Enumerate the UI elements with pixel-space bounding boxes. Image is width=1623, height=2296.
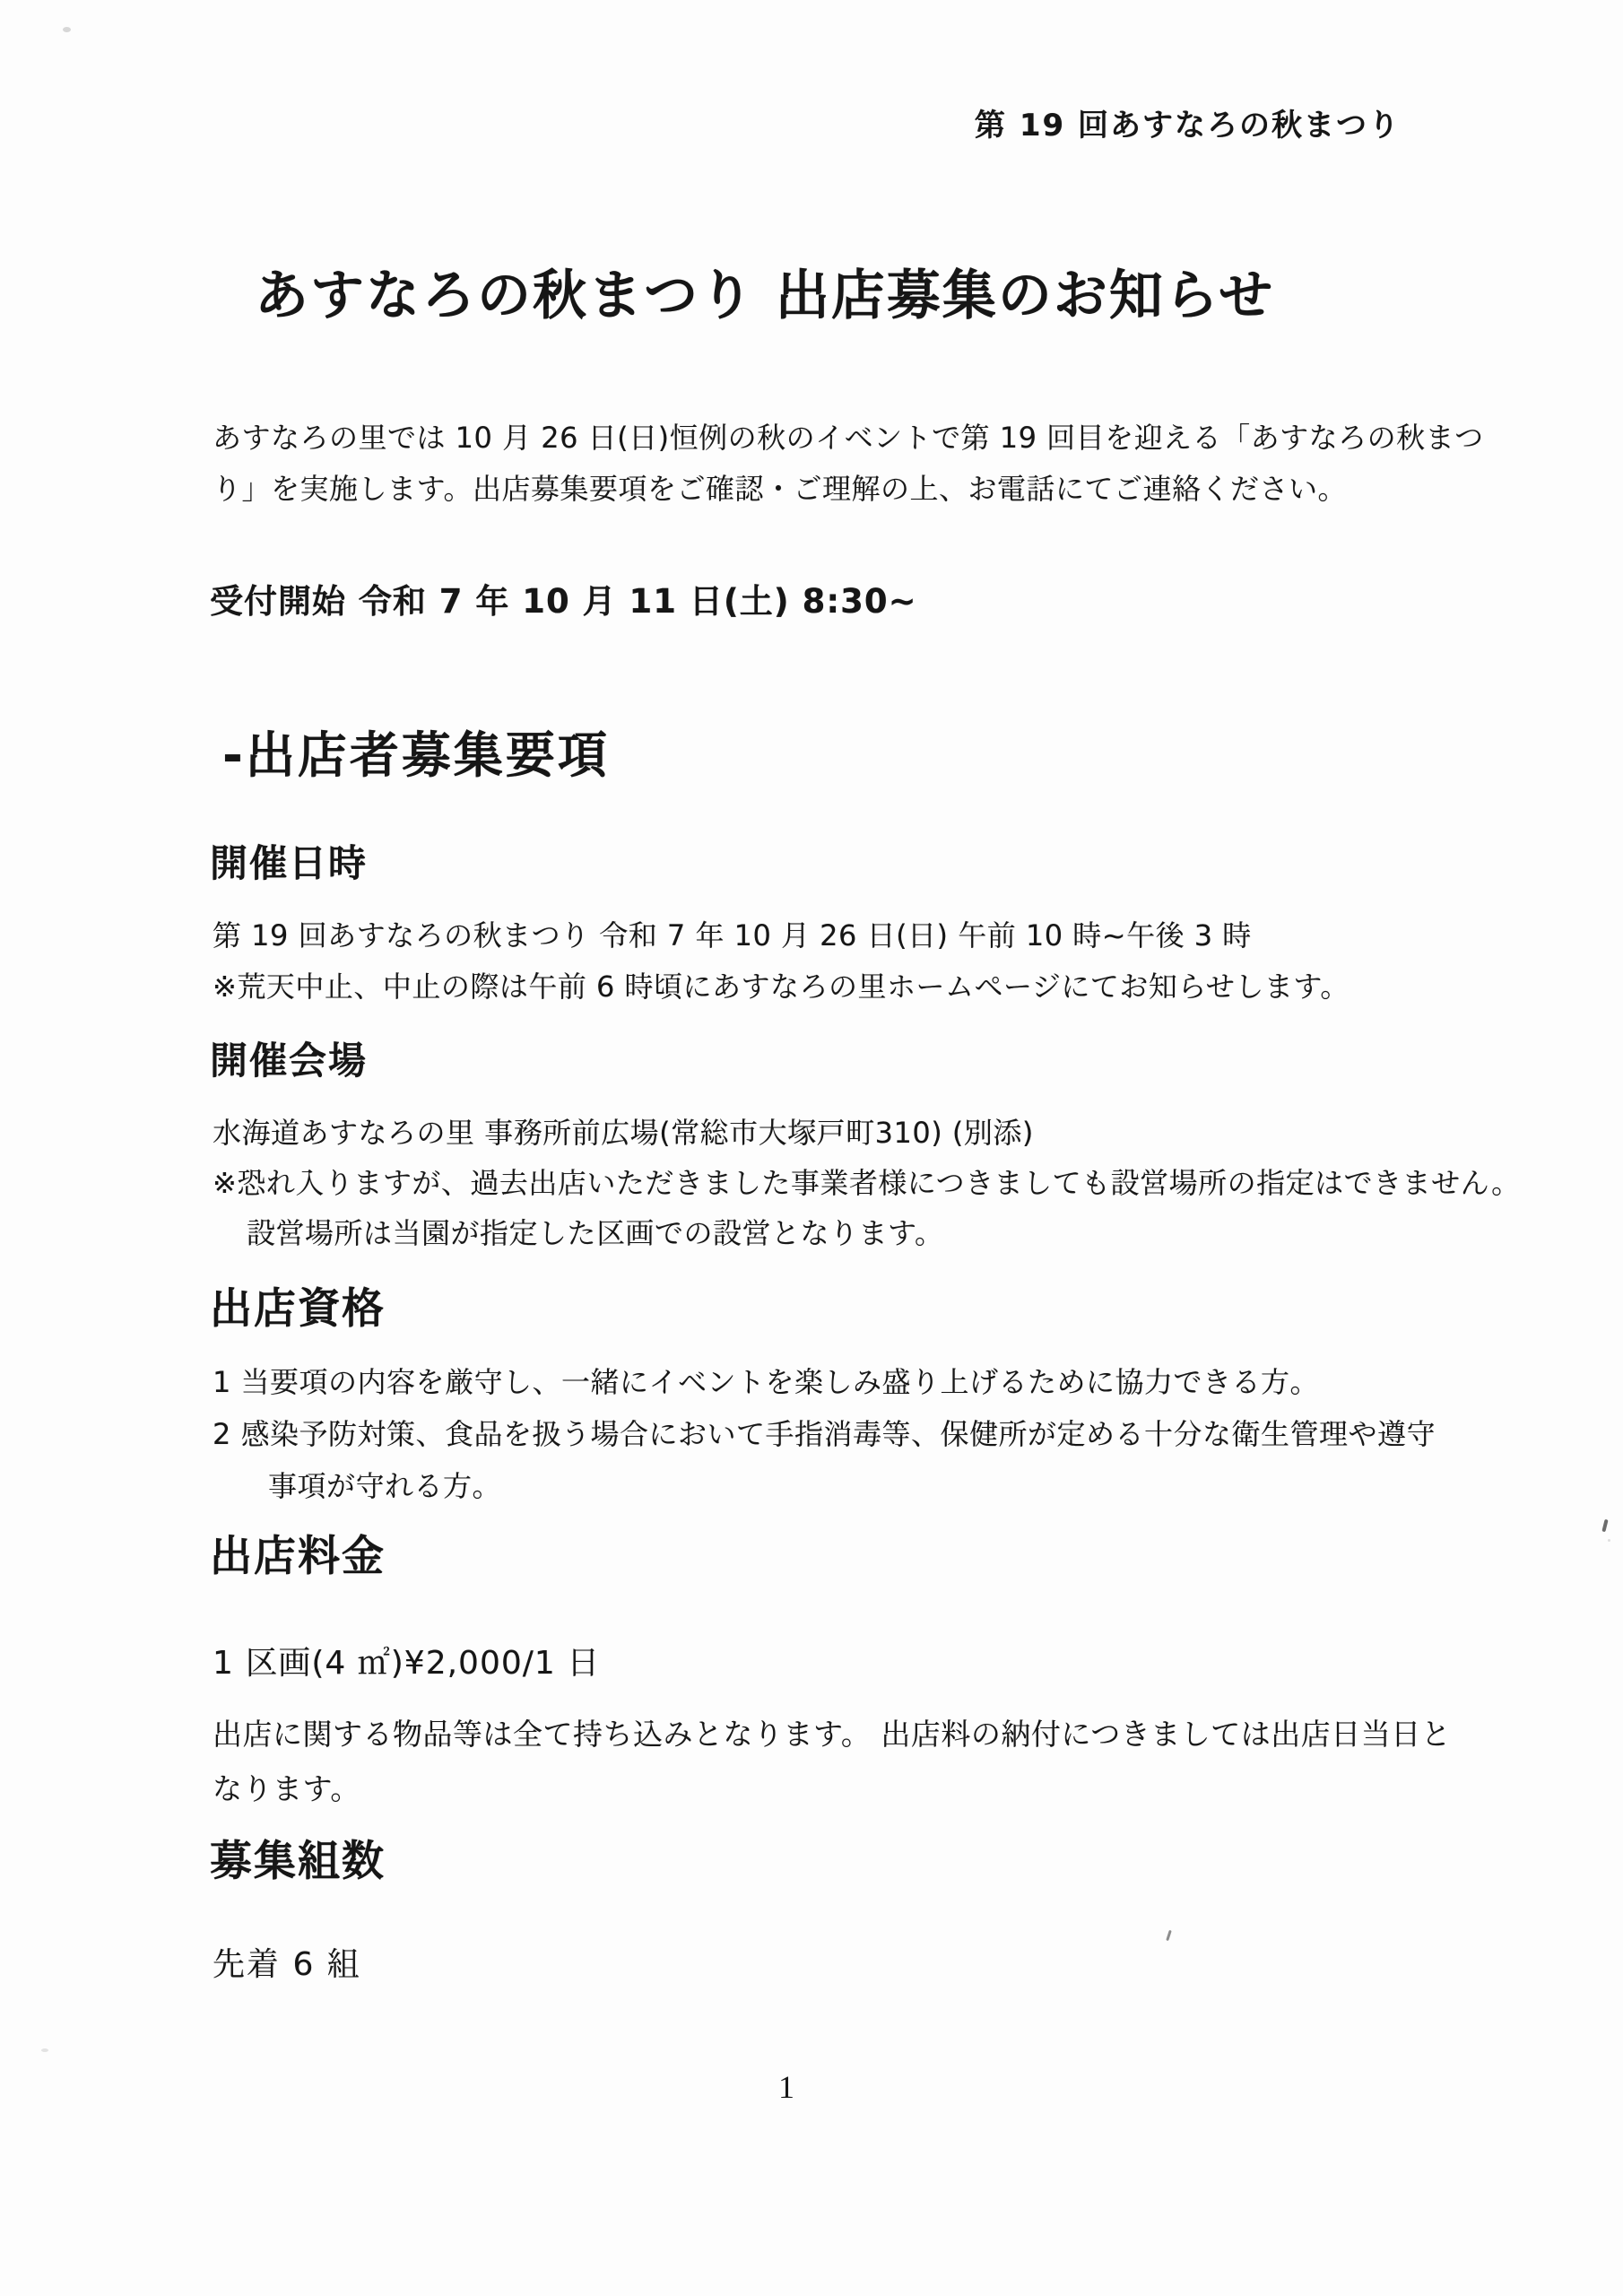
scan-speck bbox=[41, 2048, 48, 2052]
body-line: 1 当要項の内容を厳守し、一緒にイベントを楽しみ盛り上げるために協力できる方。 bbox=[213, 1356, 1436, 1408]
scan-speck bbox=[63, 27, 71, 32]
body-line: 設営場所は当園が指定した区画での設営となります。 bbox=[213, 1208, 1521, 1258]
body-line: ※恐れ入りますが、過去出店いただきました事業者様につきましても設営場所の指定はで… bbox=[213, 1158, 1521, 1208]
fee-price-line: 1 区画(4 ㎡)¥2,000/1 日 bbox=[213, 1638, 600, 1683]
intro-line: あすなろの里では 10 月 26 日(日)恒例の秋のイベントで第 19 回目を迎… bbox=[213, 413, 1484, 464]
section-heading-eligibility: 出店資格 bbox=[210, 1275, 386, 1335]
section-body-slots: 先着 6 組 bbox=[213, 1939, 361, 1990]
section-body-venue: 水海道あすなろの里 事務所前広場(常総市大塚戸町310) (別添) ※恐れ入りま… bbox=[213, 1108, 1521, 1258]
body-line: 事項が守れる方。 bbox=[213, 1460, 1436, 1512]
body-line: 2 感染予防対策、食品を扱う場合において手指消毒等、保健所が定める十分な衛生管理… bbox=[213, 1408, 1436, 1460]
page-number: 1 bbox=[0, 2068, 1598, 2106]
scan-speck bbox=[1608, 1539, 1610, 1542]
document-title: あすなろの秋まつり 出店募集のお知らせ bbox=[255, 253, 1274, 330]
section-heading-event-datetime: 開催日時 bbox=[210, 834, 368, 888]
running-header: 第 19 回あすなろの秋まつり bbox=[975, 100, 1401, 144]
body-line: 水海道あすなろの里 事務所前広場(常総市大塚戸町310) (別添) bbox=[213, 1108, 1521, 1158]
body-line: 出店に関する物品等は全て持ち込みとなります。 出店料の納付につきましては出店日当… bbox=[213, 1707, 1451, 1761]
scanned-document-page: 第 19 回あすなろの秋まつり あすなろの秋まつり 出店募集のお知らせ あすなろ… bbox=[0, 0, 1623, 2296]
reception-start-line: 受付開始 令和 7 年 10 月 11 日(土) 8:30~ bbox=[210, 574, 917, 622]
section-body-event-datetime: 第 19 回あすなろの秋まつり 令和 7 年 10 月 26 日(日) 午前 1… bbox=[213, 910, 1350, 1013]
section-heading-fee: 出店料金 bbox=[210, 1523, 386, 1583]
intro-line: り」を実施します。出店募集要項をご確認・ご理解の上、お電話にてご連絡ください。 bbox=[213, 464, 1484, 515]
section-body-fee: 出店に関する物品等は全て持ち込みとなります。 出店料の納付につきましては出店日当… bbox=[213, 1707, 1451, 1816]
body-line: ※荒天中止、中止の際は午前 6 時頃にあすなろの里ホームページにてお知らせします… bbox=[213, 961, 1350, 1013]
body-line: 第 19 回あすなろの秋まつり 令和 7 年 10 月 26 日(日) 午前 1… bbox=[213, 910, 1350, 961]
scan-speck bbox=[1166, 1930, 1172, 1941]
scan-speck bbox=[1601, 1519, 1608, 1533]
intro-paragraph: あすなろの里では 10 月 26 日(日)恒例の秋のイベントで第 19 回目を迎… bbox=[213, 413, 1484, 515]
body-line: 先着 6 組 bbox=[213, 1939, 361, 1990]
vendor-requirements-heading: -出店者募集要項 bbox=[222, 716, 610, 787]
body-line: なります。 bbox=[213, 1761, 1451, 1816]
section-heading-slots: 募集組数 bbox=[210, 1828, 386, 1888]
section-heading-venue: 開催会場 bbox=[210, 1031, 368, 1085]
section-body-eligibility: 1 当要項の内容を厳守し、一緒にイベントを楽しみ盛り上げるために協力できる方。 … bbox=[213, 1356, 1436, 1512]
